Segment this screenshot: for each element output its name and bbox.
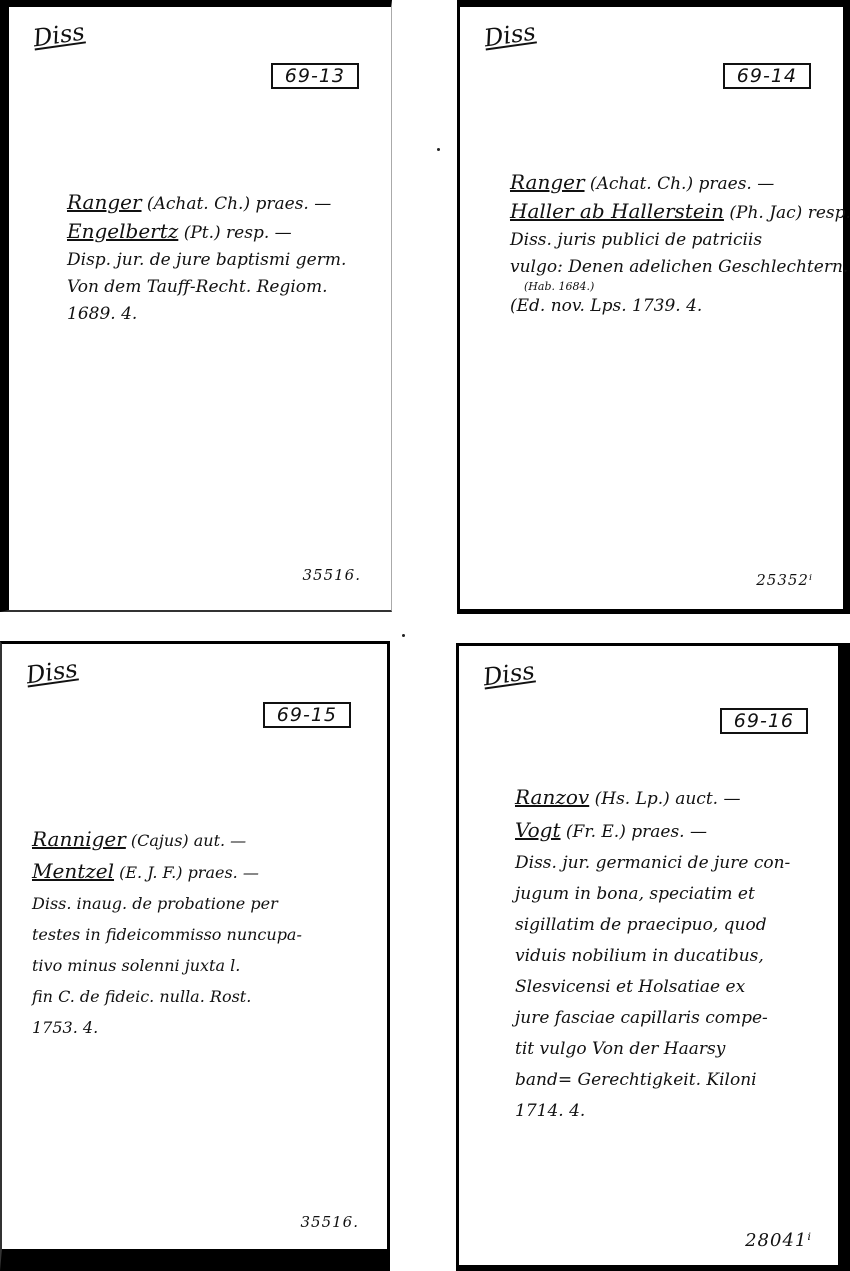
accession-number: 35516. [303,566,362,584]
author-role: (Fr. E.) praes. — [561,822,707,842]
call-number: 69-14 [723,63,811,89]
heading-line: Vogt (Fr. E.) praes. — [515,815,820,848]
card-entry: Ranzov (Hs. Lp.) auct. — Vogt (Fr. E.) p… [515,782,820,1127]
scan-speck [437,148,440,151]
author-name: Engelbertz [67,219,178,243]
catalog-card-69-15: Diss 69-15 Ranniger (Cajus) aut. — Mentz… [0,641,390,1271]
category-label: Diss [481,657,536,692]
call-number: 69-16 [720,708,808,734]
body-line: Diss. inaug. de probatione per [32,888,369,919]
card-entry: Ranger (Achat. Ch.) praes. — Engelbertz … [67,189,373,328]
category-label: Diss [31,18,86,53]
accession-number: 28041ⁱ [745,1230,812,1251]
call-number: 69-13 [271,63,359,89]
heading-line: Ranger (Achat. Ch.) praes. — [510,169,825,198]
body-line: jure fasciae capillaris compe- [515,1003,820,1034]
scan-speck [402,634,405,637]
author-name: Ranger [67,190,142,214]
body-line: Slesvicensi et Holsatiae ex [515,972,820,1003]
author-role: (Achat. Ch.) praes. — [585,174,775,194]
body-line: Von dem Tauff-Recht. Regiom. [67,274,373,301]
heading-line: Engelbertz (Pt.) resp. — [67,218,373,247]
body-line: vulgo: Denen adelichen Geschlechtern. [510,254,825,281]
body-line: 1714. 4. [515,1096,820,1127]
card-entry: Ranger (Achat. Ch.) praes. — Haller ab H… [510,169,825,320]
heading-line: Ranzov (Hs. Lp.) auct. — [515,782,820,815]
body-line: Disp. jur. de jure baptismi germ. [67,247,373,274]
call-number: 69-15 [263,702,351,728]
body-line: tit vulgo Von der Haarsy [515,1034,820,1065]
author-name: Haller ab Hallerstein [510,199,724,223]
author-name: Mentzel [32,859,114,883]
author-role: (Ph. Jac) resp. — [724,203,850,223]
author-name: Vogt [515,818,561,842]
body-line: viduis nobilium in ducatibus, [515,941,820,972]
author-role: (Cajus) aut. — [126,831,246,850]
body-line: 1689. 4. [67,301,373,328]
author-name: Ranniger [32,827,126,851]
heading-line: Ranger (Achat. Ch.) praes. — [67,189,373,218]
accession-number: 25352ⁱ [756,571,813,589]
body-line: testes in fideicommisso nuncupa- [32,919,369,950]
body-line: 1753. 4. [32,1012,369,1043]
body-line: sigillatim de praecipuo, quod [515,910,820,941]
accession-number: 35516. [301,1213,360,1231]
category-label: Diss [482,18,537,53]
heading-line: Ranniger (Cajus) aut. — [32,824,369,856]
category-label: Diss [24,655,79,690]
body-line: band= Gerechtigkeit. Kiloni [515,1065,820,1096]
body-line: Diss. jur. germanici de jure con- [515,848,820,879]
author-role: (Pt.) resp. — [178,223,291,243]
catalog-card-69-16: Diss 69-16 Ranzov (Hs. Lp.) auct. — Vogt… [456,643,850,1271]
body-line: Diss. juris publici de patriciis [510,227,825,254]
author-role: (Achat. Ch.) praes. — [142,194,332,214]
catalog-card-69-14: Diss 69-14 Ranger (Achat. Ch.) praes. — … [457,0,850,614]
heading-line: Mentzel (E. J. F.) praes. — [32,856,369,888]
card-entry: Ranniger (Cajus) aut. — Mentzel (E. J. F… [32,824,369,1043]
body-line: fin C. de fideic. nulla. Rost. [32,981,369,1012]
body-line: (Ed. nov. Lps. 1739. 4. [510,293,825,320]
body-line: jugum in bona, speciatim et [515,879,820,910]
body-line: tivo minus solenni juxta l. [32,950,369,981]
body-line: (Hab. 1684.) [524,281,825,293]
author-name: Ranger [510,170,585,194]
author-name: Ranzov [515,785,589,809]
author-role: (Hs. Lp.) auct. — [589,789,740,809]
author-role: (E. J. F.) praes. — [114,863,259,882]
heading-line: Haller ab Hallerstein (Ph. Jac) resp. — [510,198,825,227]
catalog-card-69-13: Diss 69-13 Ranger (Achat. Ch.) praes. — … [0,0,392,612]
